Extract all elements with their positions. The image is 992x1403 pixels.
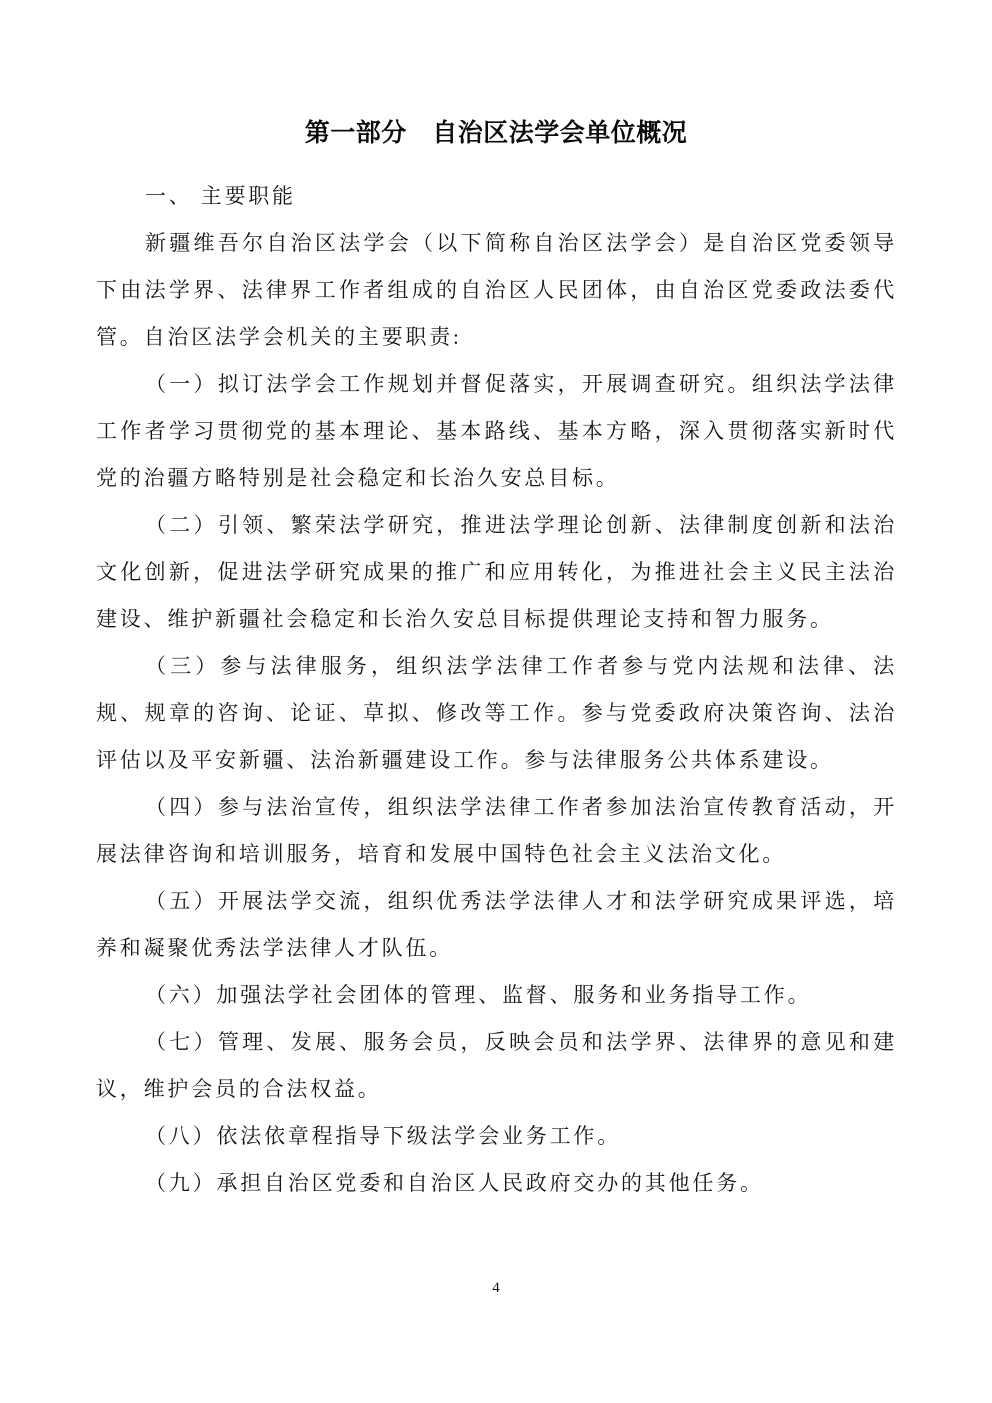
paragraph-item-7: （七）管理、发展、服务会员，反映会员和法学界、法律界的意见和建议，维护会员的合法… bbox=[96, 1019, 897, 1113]
paragraph-intro: 新疆维吾尔自治区法学会（以下简称自治区法学会）是自治区党委领导下由法学界、法律界… bbox=[96, 220, 897, 361]
page-number: 4 bbox=[0, 1278, 992, 1298]
section-heading: 一、 主要职能 bbox=[96, 173, 897, 220]
paragraph-item-3: （三）参与法律服务，组织法学法律工作者参与党内法规和法律、法规、规章的咨询、论证… bbox=[96, 643, 897, 784]
paragraph-item-5: （五）开展法学交流，组织优秀法学法律人才和法学研究成果评选，培养和凝聚优秀法学法… bbox=[96, 878, 897, 972]
paragraph-item-9: （九）承担自治区党委和自治区人民政府交办的其他任务。 bbox=[96, 1160, 897, 1207]
page-title: 第一部分 自治区法学会单位概况 bbox=[0, 0, 992, 155]
document-page: 第一部分 自治区法学会单位概况 一、 主要职能 新疆维吾尔自治区法学会（以下简称… bbox=[0, 0, 992, 1403]
paragraph-item-6: （六）加强法学社会团体的管理、监督、服务和业务指导工作。 bbox=[96, 972, 897, 1019]
paragraph-item-1: （一）拟订法学会工作规划并督促落实，开展调查研究。组织法学法律工作者学习贯彻党的… bbox=[96, 361, 897, 502]
paragraph-item-2: （二）引领、繁荣法学研究，推进法学理论创新、法律制度创新和法治文化创新，促进法学… bbox=[96, 502, 897, 643]
paragraph-item-4: （四）参与法治宣传，组织法学法律工作者参加法治宣传教育活动，开展法律咨询和培训服… bbox=[96, 784, 897, 878]
paragraph-item-8: （八）依法依章程指导下级法学会业务工作。 bbox=[96, 1113, 897, 1160]
